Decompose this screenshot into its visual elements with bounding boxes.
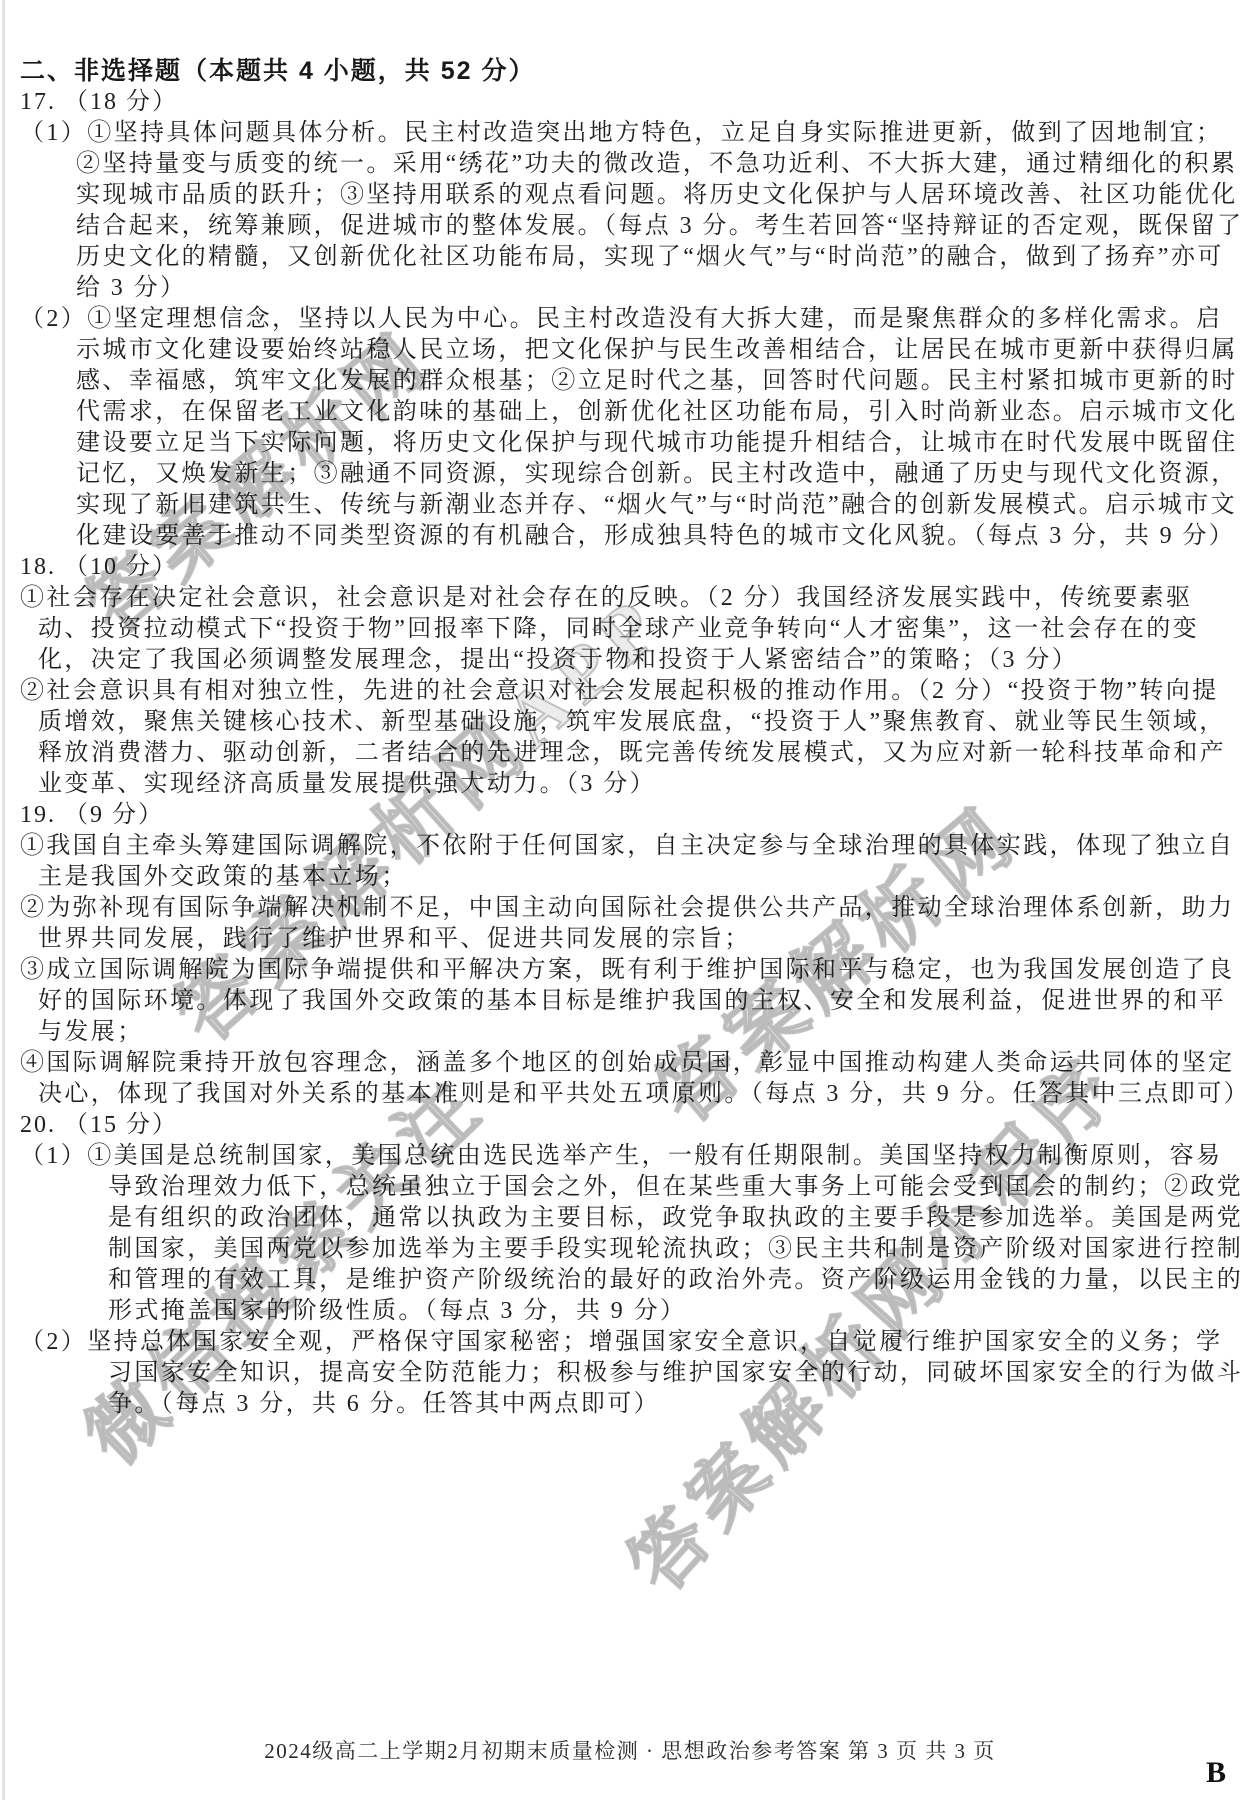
answer-paragraph: （2）坚持总体国家安全观，严格保守国家秘密；增强国家安全意识，自觉履行维护国家安… xyxy=(20,1327,1244,1420)
answer-paragraph: 18. （10 分） xyxy=(20,552,1244,583)
answer-paragraph: （2）①坚定理想信念，坚持以人民为中心。民主村改造没有大拆大建，而是聚焦群众的多… xyxy=(20,304,1244,552)
answer-paragraph: ②社会意识具有相对独立性，先进的社会意识对社会发展起积极的推动作用。（2 分）“… xyxy=(20,676,1244,800)
answer-paragraph: ③成立国际调解院为国际争端提供和平解决方案，既有利于维护国际和平与稳定，也为我国… xyxy=(20,955,1244,1048)
answer-paragraph: 17. （18 分） xyxy=(20,87,1244,118)
page-marker-b: B xyxy=(1206,1756,1226,1790)
answer-paragraph: （1）①坚持具体问题具体分析。民主村改造突出地方特色，立足自身实际推进更新，做到… xyxy=(20,118,1244,304)
answer-paragraph: ④国际调解院秉持开放包容理念，涵盖多个地区的创始成员国，彰显中国推动构建人类命运… xyxy=(20,1048,1244,1110)
answer-paragraph: ①我国自主牵头筹建国际调解院，不依附于任何国家，自主决定参与全球治理的具体实践，… xyxy=(20,831,1244,893)
page-footer: 2024级高二上学期2月初期末质量检测 · 思想政治参考答案 第 3 页 共 3… xyxy=(0,1735,1260,1765)
answers-body: 二、非选择题（本题共 4 小题，共 52 分）17. （18 分）（1）①坚持具… xyxy=(0,0,1260,1420)
answer-paragraph: 二、非选择题（本题共 4 小题，共 52 分） xyxy=(20,56,1244,87)
answer-paragraph: 19. （9 分） xyxy=(20,800,1244,831)
answer-paragraph: 20. （15 分） xyxy=(20,1110,1244,1141)
answer-paragraph: （1）①美国是总统制国家，美国总统由选民选举产生，一般有任期限制。美国坚持权力制… xyxy=(20,1141,1244,1327)
page: { "document": { "paragraphs": [ {"style"… xyxy=(0,0,1260,1800)
answer-paragraph: ①社会存在决定社会意识，社会意识是对社会存在的反映。（2 分）我国经济发展实践中… xyxy=(20,583,1244,676)
answer-paragraph: ②为弥补现有国际争端解决机制不足，中国主动向国际社会提供公共产品，推动全球治理体… xyxy=(20,893,1244,955)
